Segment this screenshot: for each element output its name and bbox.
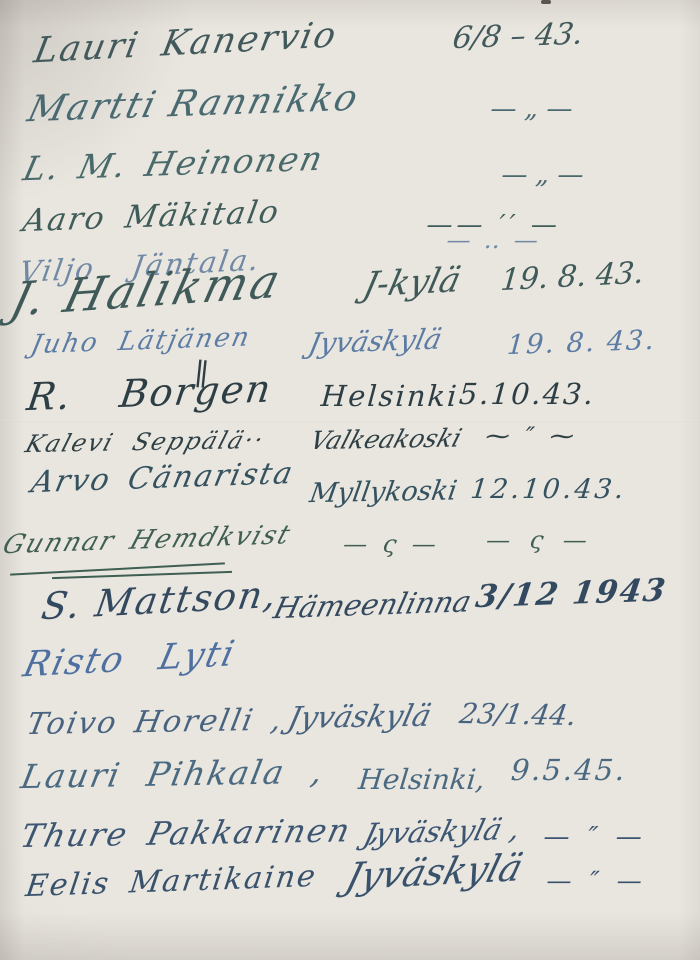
ditto-mark: — ″ — <box>542 824 648 850</box>
signature-name: Lauri Kanervio <box>31 18 340 69</box>
signature-date: 19. 8. 43. <box>499 259 645 297</box>
ditto-mark: — ″ — <box>545 868 648 893</box>
guestbook-page: Lauri Kanervio 6/8 – 43. Martti Rannikko… <box>0 0 700 960</box>
signature-name: L. M. Heinonen <box>20 142 327 186</box>
ditto-mark: — ‥ — <box>445 228 542 252</box>
signature-place: Helsinki <box>320 382 459 411</box>
signature-name: Risto Lyti <box>20 637 239 684</box>
signature-place: Jyväskylä <box>342 849 527 896</box>
signature-date: 5.10.43. <box>458 380 596 409</box>
signature-place: Helsinki, <box>357 766 486 794</box>
signature-place: J-kylä <box>360 263 464 302</box>
guestbook-photo: Lauri Kanervio 6/8 – 43. Martti Rannikko… <box>0 0 700 960</box>
signature-date: 12.10.43. <box>469 476 628 503</box>
signature-name: R. Borgen <box>25 369 275 416</box>
signature-name: Kalevi Seppälä·· <box>23 428 268 456</box>
ditto-mark: — „ — <box>489 96 574 122</box>
signature-date: 9.5.45. <box>510 756 627 785</box>
ditto-mark: — ς — <box>485 528 595 552</box>
signature-name: Arvo Cänarista <box>29 459 297 498</box>
signature-name: Aaro Mäkitalo <box>20 197 282 237</box>
signature-name: Toivo Horelli , <box>24 706 286 741</box>
paper-speck <box>541 0 551 4</box>
signature-name: Lauri Pihkala , <box>19 755 328 793</box>
signature-name: Thure Pakkarinen , <box>18 814 387 852</box>
signature-date: 19. 8. 43. <box>506 327 657 359</box>
paper-crease <box>0 420 700 422</box>
signature-name: Juho Lätjänen <box>28 324 253 358</box>
signature-place: Jyväskylä , <box>361 815 524 850</box>
signature-place: Jyväskylä <box>306 325 444 358</box>
ditto-mark: ⁓ ″ ⁓ <box>484 424 579 448</box>
signature-place: Myllykoski <box>308 477 459 507</box>
signature-date: 3/12 1943 <box>474 575 669 613</box>
signature-name: S. Mattson, <box>39 576 281 626</box>
signature-date: 23/1.44. <box>458 700 579 730</box>
ditto-mark: — ς — <box>342 532 442 556</box>
signature-place: Valkeakoski <box>307 425 464 453</box>
signature-date: 6/8 – 43. <box>451 19 585 54</box>
ditto-mark: — „ — <box>500 162 585 188</box>
signature-place: Jyväskylä <box>285 702 434 735</box>
signature-place: Hämeenlinna <box>271 587 474 623</box>
signature-name: Eelis Martikaine <box>24 862 319 902</box>
signature-name: Martti Rannikko <box>24 80 363 128</box>
signature-name: Gunnar Hemdkvist <box>0 522 295 558</box>
